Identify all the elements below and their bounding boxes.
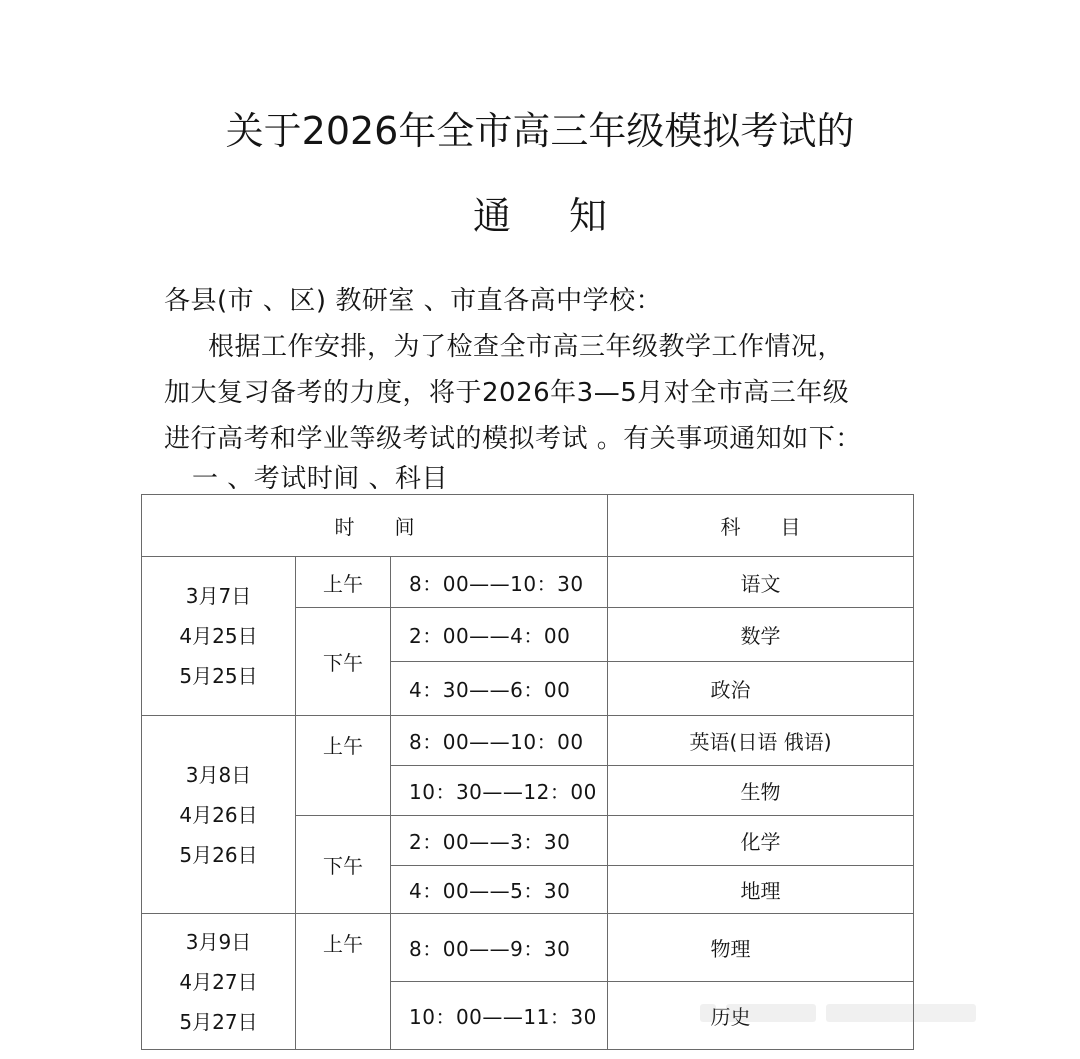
half-day-label: 下午	[296, 608, 391, 716]
subject-cell: 政治	[608, 662, 914, 716]
header-time: 时间	[142, 495, 608, 557]
subject-cell: 地理	[608, 866, 914, 914]
subtitle-char-1: 通	[473, 185, 511, 240]
subject-cell: 英语(日语 俄语)	[608, 716, 914, 766]
subject-cell: 化学	[608, 816, 914, 866]
watermark-logo-icon	[700, 1004, 716, 1022]
watermark	[700, 998, 1040, 1028]
section-heading: 一 、考试时间 、科目	[192, 458, 448, 495]
time-slot: 2：00——4：00	[391, 608, 608, 662]
document-title: 关于2026年全市高三年级模拟考试的	[0, 100, 1080, 155]
date: 3月9日	[142, 922, 295, 962]
date: 5月27日	[142, 1002, 295, 1042]
time-slot: 8：00——10：00	[391, 716, 608, 766]
half-day-label: 上午	[296, 716, 391, 816]
watermark-mark	[826, 1004, 976, 1022]
date: 4月26日	[142, 795, 295, 835]
salutation: 各县(市 、区) 教研室 、市直各高中学校：	[164, 280, 662, 317]
date: 5月25日	[142, 656, 295, 696]
time-slot: 8：00——10：30	[391, 557, 608, 608]
body-line-3: 进行高考和学业等级考试的模拟考试 。有关事项通知如下：	[164, 418, 862, 455]
table-header-row: 时间 科目	[142, 495, 914, 557]
subject-cell: 语文	[608, 557, 914, 608]
body-line-1: 根据工作安排，为了检查全市高三年级教学工作情况，	[208, 326, 844, 363]
date: 4月25日	[142, 616, 295, 656]
date: 5月26日	[142, 835, 295, 875]
time-slot: 4：00——5：30	[391, 866, 608, 914]
date-cell-group-3: 3月9日 4月27日 5月27日	[142, 914, 296, 1050]
time-slot: 2：00——3：30	[391, 816, 608, 866]
time-slot: 8：00——9：30	[391, 914, 608, 982]
time-slot: 4：30——6：00	[391, 662, 608, 716]
subject-cell: 物理	[608, 914, 914, 982]
header-subject: 科目	[608, 495, 914, 557]
body-line-2: 加大复习备考的力度，将于2026年3—5月对全市高三年级	[164, 372, 849, 409]
subject-cell: 数学	[608, 608, 914, 662]
time-slot: 10：30——12：00	[391, 766, 608, 816]
table-row: 3月9日 4月27日 5月27日 上午 8：00——9：30 物理	[142, 914, 914, 982]
half-day-label: 上午	[296, 914, 391, 1050]
table-row: 3月7日 4月25日 5月25日 上午 8：00——10：30 语文	[142, 557, 914, 608]
subject-cell: 生物	[608, 766, 914, 816]
subtitle-char-2: 知	[569, 185, 607, 240]
date: 4月27日	[142, 962, 295, 1002]
document-subtitle: 通知	[0, 185, 1080, 240]
header-time-label: 时间	[295, 515, 455, 539]
header-subject-label: 科目	[681, 515, 841, 539]
half-day-label: 下午	[296, 816, 391, 914]
date-cell-group-1: 3月7日 4月25日 5月25日	[142, 557, 296, 716]
exam-schedule-table: 时间 科目 3月7日 4月25日 5月25日 上午 8：00——10：30 语文…	[141, 494, 914, 1050]
half-day-label: 上午	[296, 557, 391, 608]
watermark-mark	[726, 1004, 816, 1022]
date: 3月8日	[142, 755, 295, 795]
date: 3月7日	[142, 576, 295, 616]
time-slot: 10：00——11：30	[391, 982, 608, 1050]
date-cell-group-2: 3月8日 4月26日 5月26日	[142, 716, 296, 914]
table-row: 3月8日 4月26日 5月26日 上午 8：00——10：00 英语(日语 俄语…	[142, 716, 914, 766]
